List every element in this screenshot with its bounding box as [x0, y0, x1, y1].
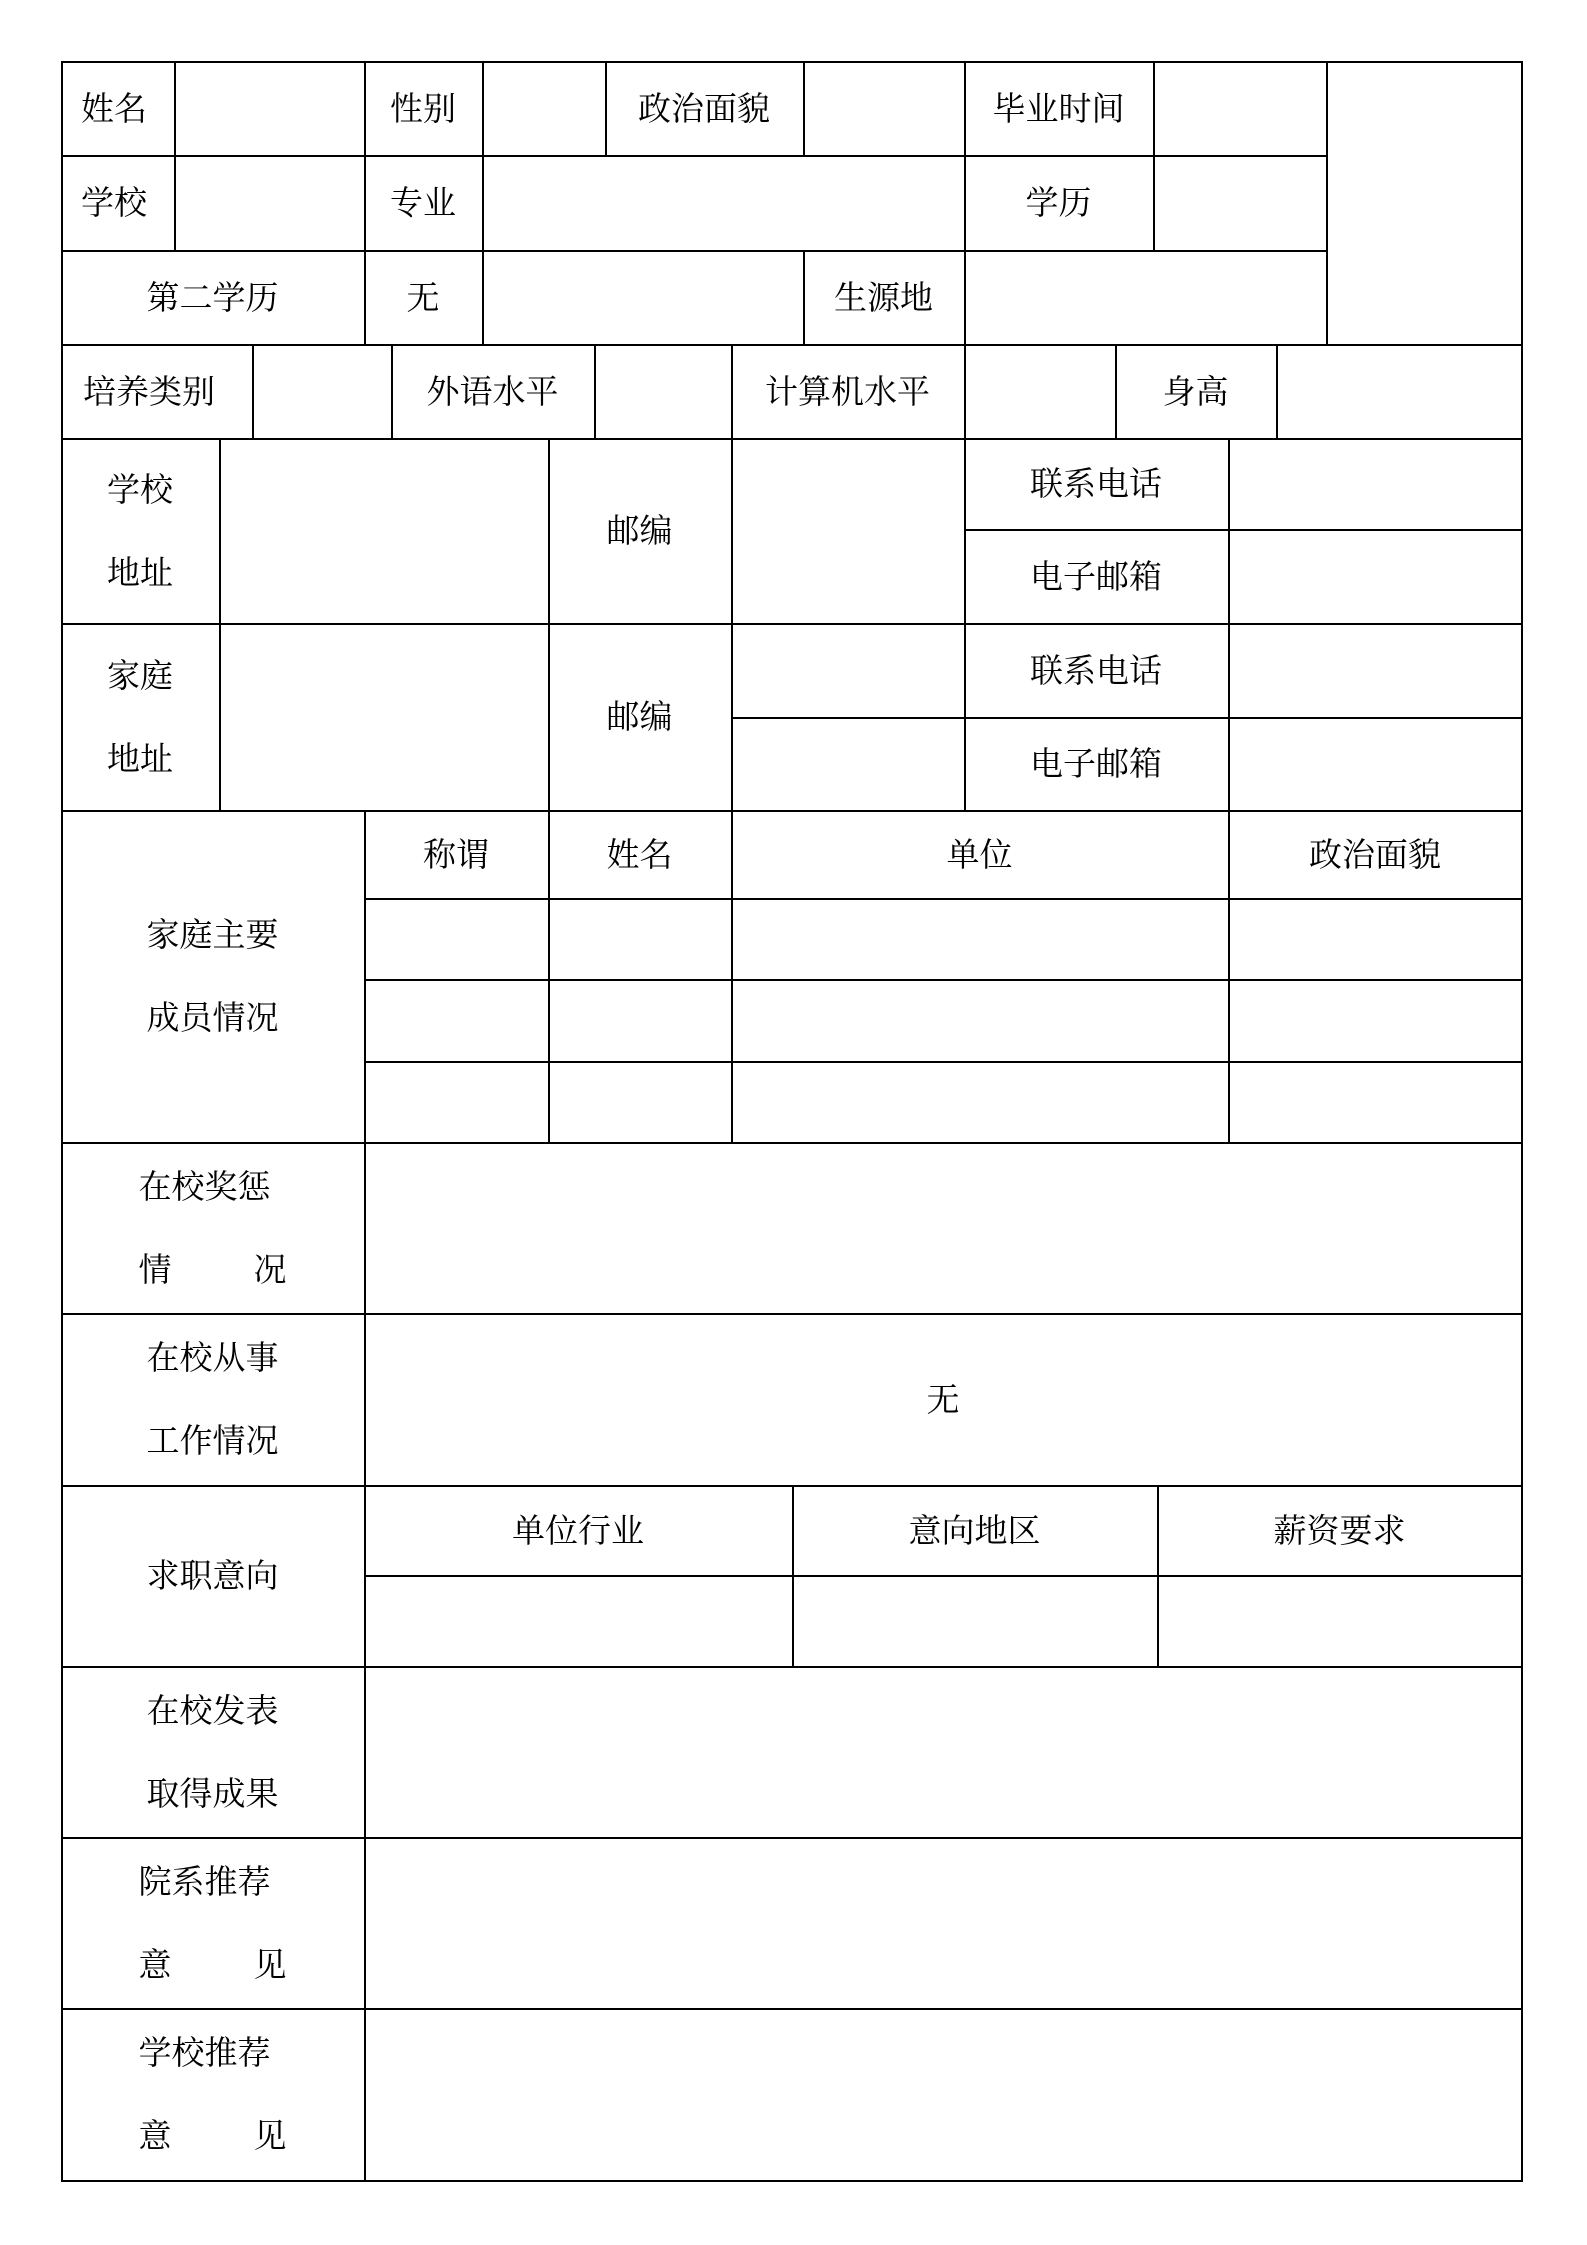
family-row3-name[interactable]	[550, 1063, 731, 1142]
foreign-language-field[interactable]	[596, 346, 731, 438]
graduation-time-field[interactable]	[1155, 63, 1326, 155]
school-address-label-line1: 学校	[107, 473, 173, 506]
family-label-line2: 成员情况	[147, 1001, 279, 1034]
name-field[interactable]	[176, 63, 364, 155]
school-email-field[interactable]	[1230, 531, 1521, 623]
dept-recommendation-field[interactable]	[366, 1839, 1521, 2008]
publications-label-line2: 取得成果	[147, 1777, 279, 1810]
home-email-label: 电子邮箱	[964, 717, 1228, 810]
dept-recommendation-label: 院系推荐 意 见	[61, 1837, 364, 2008]
family-row2-name[interactable]	[550, 981, 731, 1061]
family-row1-relation[interactable]	[366, 900, 548, 979]
family-row3-employer[interactable]	[733, 1063, 1228, 1142]
second-degree-label: 第二学历	[61, 250, 364, 344]
work-label-line2: 工作情况	[147, 1424, 279, 1457]
family-row2-relation[interactable]	[366, 981, 548, 1061]
job-industry-field[interactable]	[366, 1577, 792, 1666]
family-header-relation: 称谓	[364, 810, 548, 898]
political-status-label: 政治面貌	[605, 61, 803, 155]
height-field[interactable]	[1278, 346, 1521, 438]
school-recommendation-label: 学校推荐 意 见	[61, 2008, 364, 2180]
computer-level-label: 计算机水平	[731, 344, 964, 438]
graduation-time-label: 毕业时间	[964, 61, 1153, 155]
family-row1-employer[interactable]	[733, 900, 1228, 979]
second-degree-value[interactable]: 无	[364, 250, 482, 344]
table-border-bottom	[61, 2180, 1523, 2182]
degree-field[interactable]	[1155, 157, 1326, 250]
job-intention-label-text: 求职意向	[147, 1559, 279, 1592]
job-header-salary: 薪资要求	[1157, 1485, 1522, 1575]
training-type-field[interactable]	[254, 346, 391, 438]
family-row2-political[interactable]	[1230, 981, 1521, 1061]
job-region-field[interactable]	[794, 1577, 1157, 1666]
school-address-label-line2: 地址	[107, 556, 173, 589]
awards-label-line1: 在校奖惩	[139, 1170, 271, 1203]
family-row3-political[interactable]	[1230, 1063, 1521, 1142]
family-header-employer: 单位	[731, 810, 1228, 898]
home-address-field[interactable]	[221, 625, 548, 810]
work-label: 在校从事 工作情况	[61, 1313, 364, 1485]
home-address-label-line1: 家庭	[107, 659, 173, 692]
second-degree-detail-field[interactable]	[484, 252, 803, 344]
home-postcode-extra-field[interactable]	[733, 719, 964, 810]
job-header-industry: 单位行业	[364, 1485, 792, 1575]
degree-label: 学历	[964, 155, 1153, 250]
family-row2-employer[interactable]	[733, 981, 1228, 1061]
school-postcode-label: 邮编	[548, 438, 731, 623]
home-phone-label: 联系电话	[964, 623, 1228, 717]
work-field[interactable]: 无	[364, 1313, 1522, 1485]
major-label: 专业	[364, 155, 482, 250]
school-postcode-field[interactable]	[733, 440, 964, 623]
school-field[interactable]	[176, 157, 364, 250]
family-header-name: 姓名	[548, 810, 731, 898]
family-row1-name[interactable]	[550, 900, 731, 979]
home-address-label: 家庭 地址	[61, 623, 219, 810]
origin-field[interactable]	[966, 252, 1326, 344]
home-email-field[interactable]	[1230, 719, 1521, 810]
school-recommendation-field[interactable]	[366, 2010, 1521, 2180]
job-intention-label: 求职意向	[61, 1485, 364, 1666]
school-email-label: 电子邮箱	[964, 529, 1228, 623]
job-header-region: 意向地区	[792, 1485, 1157, 1575]
home-postcode-field[interactable]	[733, 625, 964, 717]
awards-field[interactable]	[366, 1144, 1521, 1313]
family-row1-political[interactable]	[1230, 900, 1521, 979]
family-members-label: 家庭主要 成员情况	[61, 810, 364, 1142]
publications-label-line1: 在校发表	[147, 1694, 279, 1727]
family-label-line1: 家庭主要	[147, 918, 279, 951]
computer-level-field[interactable]	[966, 346, 1115, 438]
publications-label: 在校发表 取得成果	[61, 1666, 364, 1837]
school-phone-label: 联系电话	[964, 438, 1228, 529]
gender-label: 性别	[364, 61, 482, 155]
school-address-label: 学校 地址	[61, 438, 219, 623]
name-label: 姓名	[61, 61, 174, 155]
family-header-political: 政治面貌	[1228, 810, 1522, 898]
school-phone-field[interactable]	[1230, 440, 1521, 529]
awards-label: 在校奖惩 情 况	[61, 1142, 364, 1313]
home-postcode-label: 邮编	[548, 623, 731, 810]
training-type-label: 培养类别	[61, 344, 252, 438]
school-label: 学校	[61, 155, 174, 250]
origin-label: 生源地	[803, 250, 964, 344]
dept-recommendation-label-line1: 院系推荐	[139, 1865, 271, 1898]
dept-recommendation-label-line2: 意 见	[139, 1948, 287, 1981]
work-label-line1: 在校从事	[147, 1341, 279, 1374]
foreign-language-label: 外语水平	[391, 344, 594, 438]
job-salary-field[interactable]	[1159, 1577, 1521, 1666]
home-phone-field[interactable]	[1230, 625, 1521, 717]
home-address-label-line2: 地址	[107, 742, 173, 775]
school-address-field[interactable]	[221, 440, 548, 623]
publications-field[interactable]	[366, 1668, 1521, 1837]
height-label: 身高	[1115, 344, 1276, 438]
photo-box[interactable]	[1328, 63, 1521, 344]
school-recommendation-label-line1: 学校推荐	[139, 2036, 271, 2069]
table-border-right	[1521, 61, 1523, 2182]
awards-label-line2: 情 况	[139, 1253, 287, 1286]
political-status-field[interactable]	[805, 63, 964, 155]
school-recommendation-label-line2: 意 见	[139, 2119, 287, 2152]
major-field[interactable]	[484, 157, 964, 250]
family-row3-relation[interactable]	[366, 1063, 548, 1142]
gender-field[interactable]	[484, 63, 605, 155]
